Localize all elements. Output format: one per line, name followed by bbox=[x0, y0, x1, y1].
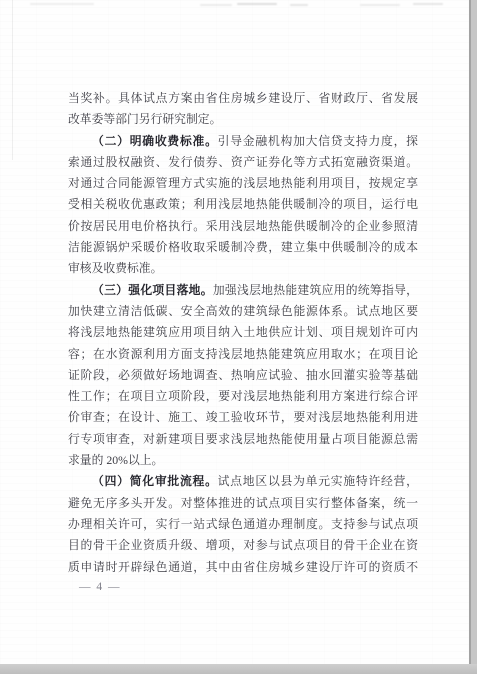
scan-edge-bottom bbox=[0, 664, 477, 674]
text-segment: 容；在水资源利用方面支持浅层地热能建筑应用取水；在项目论 bbox=[68, 347, 418, 361]
text-segment: 将浅层地热能建筑应用项目纳入土地供应计划、项目规划许可内 bbox=[68, 325, 418, 339]
scan-artifact bbox=[30, 3, 94, 5]
scan-artifact bbox=[237, 3, 277, 5]
text-line: 加快建立清洁低碳、安全高效的建筑绿色能源体系。试点地区要 bbox=[68, 301, 418, 322]
scan-artifact bbox=[413, 3, 443, 5]
text-segment: 试点地区以县为单元实施特许经营， bbox=[218, 474, 418, 488]
text-line: 证阶段，必须做好场地调查、热响应试验、抽水回灌实验等基础 bbox=[68, 365, 418, 386]
scan-artifact bbox=[360, 4, 400, 6]
text-segment: 避免无序多头开发。对整体推进的试点项目实行整体备案，统一 bbox=[68, 496, 418, 510]
text-line: 价按居民用电价格执行。采用浅层地热能供暖制冷的企业参照清 bbox=[68, 216, 418, 237]
text-line: 目的骨干企业资质升级、增项，对参与试点项目的骨干企业在资 bbox=[68, 535, 418, 556]
document-page: 当奖补。具体试点方案由省住房城乡建设厅、省财政厅、省发展改革委等部门另行研究制定… bbox=[0, 0, 477, 674]
text-segment: 对通过合同能源管理方式实施的浅层地热能利用项目，按规定享 bbox=[68, 176, 418, 190]
text-line: 容；在水资源利用方面支持浅层地热能建筑应用取水；在项目论 bbox=[68, 344, 418, 365]
text-segment: 性工作；在项目立项阶段，要对浅层地热能利用方案进行综合评 bbox=[68, 389, 418, 403]
heading-segment: （四）简化审批流程。 bbox=[92, 474, 218, 488]
text-line: 将浅层地热能建筑应用项目纳入土地供应计划、项目规划许可内 bbox=[68, 322, 418, 343]
text-line: 办理相关许可，实行一站式绿色通道办理制度。支持参与试点项 bbox=[68, 514, 418, 535]
text-line: 价审查；在设计、施工、竣工验收环节，要对浅层地热能利用进 bbox=[68, 407, 418, 428]
text-segment: 引导金融机构加大信贷支持力度，探 bbox=[218, 134, 418, 148]
text-line: 审核及收费标准。 bbox=[68, 258, 418, 279]
scan-artifact bbox=[290, 4, 308, 6]
text-segment: 加强浅层地热能建筑应用的统筹指导， bbox=[213, 283, 418, 297]
text-segment: 办理相关许可，实行一站式绿色通道办理制度。支持参与试点项 bbox=[68, 517, 418, 531]
text-line: 改革委等部门另行研究制定。 bbox=[68, 109, 418, 130]
text-segment: 价审查；在设计、施工、竣工验收环节，要对浅层地热能利用进 bbox=[68, 410, 418, 424]
text-line: （二）明确收费标准。引导金融机构加大信贷支持力度，探 bbox=[68, 131, 418, 152]
heading-segment: （二）明确收费标准。 bbox=[92, 134, 218, 148]
text-line: 避免无序多头开发。对整体推进的试点项目实行整体备案，统一 bbox=[68, 493, 418, 514]
scan-edge-right bbox=[469, 0, 477, 674]
text-segment: 受相关税收优惠政策；利用浅层地热能供暖制冷的项目，运行电 bbox=[68, 197, 418, 211]
text-line: 行专项审查，对新建项目要求浅层地热能使用量占项目能源总需 bbox=[68, 429, 418, 450]
text-segment: 证阶段，必须做好场地调查、热响应试验、抽水回灌实验等基础 bbox=[68, 368, 418, 382]
text-segment: 索通过股权融资、发行债券、资产证券化等方式拓宽融资渠道。 bbox=[68, 155, 418, 169]
scan-artifact bbox=[200, 4, 232, 6]
text-line: 受相关税收优惠政策；利用浅层地热能供暖制冷的项目，运行电 bbox=[68, 194, 418, 215]
document-body: 当奖补。具体试点方案由省住房城乡建设厅、省财政厅、省发展改革委等部门另行研究制定… bbox=[68, 88, 418, 578]
text-segment: 加快建立清洁低碳、安全高效的建筑绿色能源体系。试点地区要 bbox=[68, 304, 418, 318]
text-line: 当奖补。具体试点方案由省住房城乡建设厅、省财政厅、省发展 bbox=[68, 88, 418, 109]
text-line: （四）简化审批流程。试点地区以县为单元实施特许经营， bbox=[68, 471, 418, 492]
text-segment: 洁能源锅炉采暖价格收取采暖制冷费，建立集中供暖制冷的成本 bbox=[68, 240, 418, 254]
text-segment: 行专项审查，对新建项目要求浅层地热能使用量占项目能源总需 bbox=[68, 432, 418, 446]
text-line: 对通过合同能源管理方式实施的浅层地热能利用项目，按规定享 bbox=[68, 173, 418, 194]
scan-artifact bbox=[12, 0, 13, 160]
page-number: — 4 — bbox=[79, 581, 121, 593]
text-line: （三）强化项目落地。加强浅层地热能建筑应用的统筹指导， bbox=[68, 280, 418, 301]
text-segment: 审核及收费标准。 bbox=[68, 261, 162, 275]
text-line: 质申请时开辟绿色通道，其中由省住房城乡建设厅许可的资质不 bbox=[68, 557, 418, 578]
text-segment: 改革委等部门另行研究制定。 bbox=[68, 112, 221, 126]
text-segment: 质申请时开辟绿色通道，其中由省住房城乡建设厅许可的资质不 bbox=[68, 560, 418, 574]
text-segment: 求量的 20%以上。 bbox=[68, 453, 163, 467]
text-line: 洁能源锅炉采暖价格收取采暖制冷费，建立集中供暖制冷的成本 bbox=[68, 237, 418, 258]
text-segment: 目的骨干企业资质升级、增项，对参与试点项目的骨干企业在资 bbox=[68, 538, 418, 552]
text-line: 索通过股权融资、发行债券、资产证券化等方式拓宽融资渠道。 bbox=[68, 152, 418, 173]
text-line: 性工作；在项目立项阶段，要对浅层地热能利用方案进行综合评 bbox=[68, 386, 418, 407]
text-segment: 价按居民用电价格执行。采用浅层地热能供暖制冷的企业参照清 bbox=[68, 219, 418, 233]
text-segment: 当奖补。具体试点方案由省住房城乡建设厅、省财政厅、省发展 bbox=[68, 91, 418, 105]
text-line: 求量的 20%以上。 bbox=[68, 450, 418, 471]
heading-segment: （三）强化项目落地。 bbox=[92, 283, 213, 297]
